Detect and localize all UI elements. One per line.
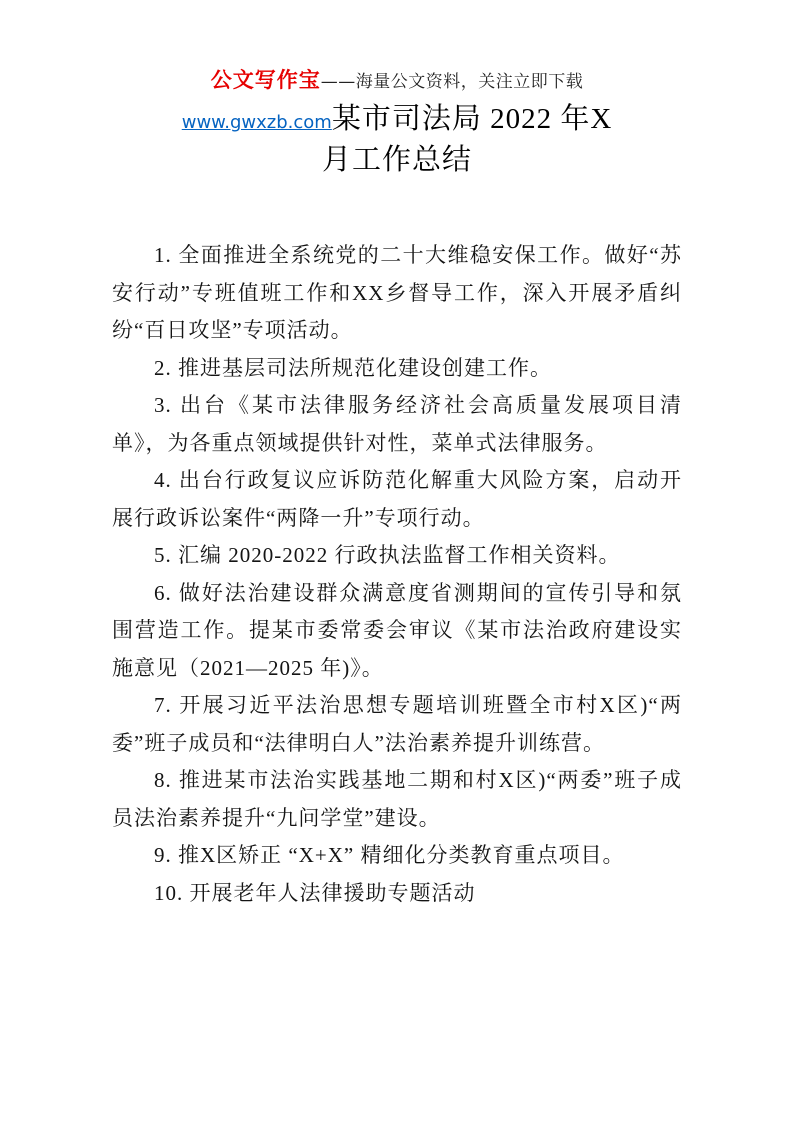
summary-list: 1. 全面推进全系统党的二十大维稳安保工作。做好“苏安行动”专班值班工作和XX乡… — [0, 237, 794, 912]
document-page: 公文写作宝——海量公文资料，关注立即下载 www.gwxzb.com某市司法局 … — [0, 0, 794, 1122]
page-title-line-1: 某市司法局 2022 年X — [332, 103, 612, 135]
list-item-9: 9. 推X区矫正 “X+X” 精细化分类教育重点项目。 — [112, 837, 682, 875]
promo-tagline-text: ——海量公文资料，关注立即下载 — [321, 72, 584, 92]
list-item-3: 3. 出台《某市法律服务经济社会高质量发展项目清单》，为各重点领域提供针对性，菜… — [112, 387, 682, 462]
list-item-2: 2. 推进基层司法所规范化建设创建工作。 — [112, 350, 682, 388]
list-item-4: 4. 出台行政复议应诉防范化解重大风险方案，启动开展行政诉讼案件“两降一升”专项… — [112, 462, 682, 537]
list-item-8: 8. 推进某市法治实践基地二期和村X区)“两委”班子成员法治素养提升“九问学堂”… — [112, 762, 682, 837]
page-title-line-2: 月工作总结 — [322, 144, 472, 176]
list-item-6: 6. 做好法治建设群众满意度省测期间的宣传引导和氛围营造工作。提某市委常委会审议… — [112, 575, 682, 688]
title-block: www.gwxzb.com某市司法局 2022 年X 月工作总结 — [0, 101, 794, 183]
promo-brand-text: 公文写作宝 — [211, 68, 321, 92]
list-item-10: 10. 开展老年人法律援助专题活动 — [112, 875, 682, 913]
list-item-1: 1. 全面推进全系统党的二十大维稳安保工作。做好“苏安行动”专班值班工作和XX乡… — [112, 237, 682, 350]
promo-header: 公文写作宝——海量公文资料，关注立即下载 — [0, 0, 794, 94]
list-item-5: 5. 汇编 2020-2022 行政执法监督工作相关资料。 — [112, 537, 682, 575]
website-link[interactable]: www.gwxzb.com — [182, 112, 332, 133]
list-item-7: 7. 开展习近平法治思想专题培训班暨全市村X区)“两委”班子成员和“法律明白人”… — [112, 687, 682, 762]
